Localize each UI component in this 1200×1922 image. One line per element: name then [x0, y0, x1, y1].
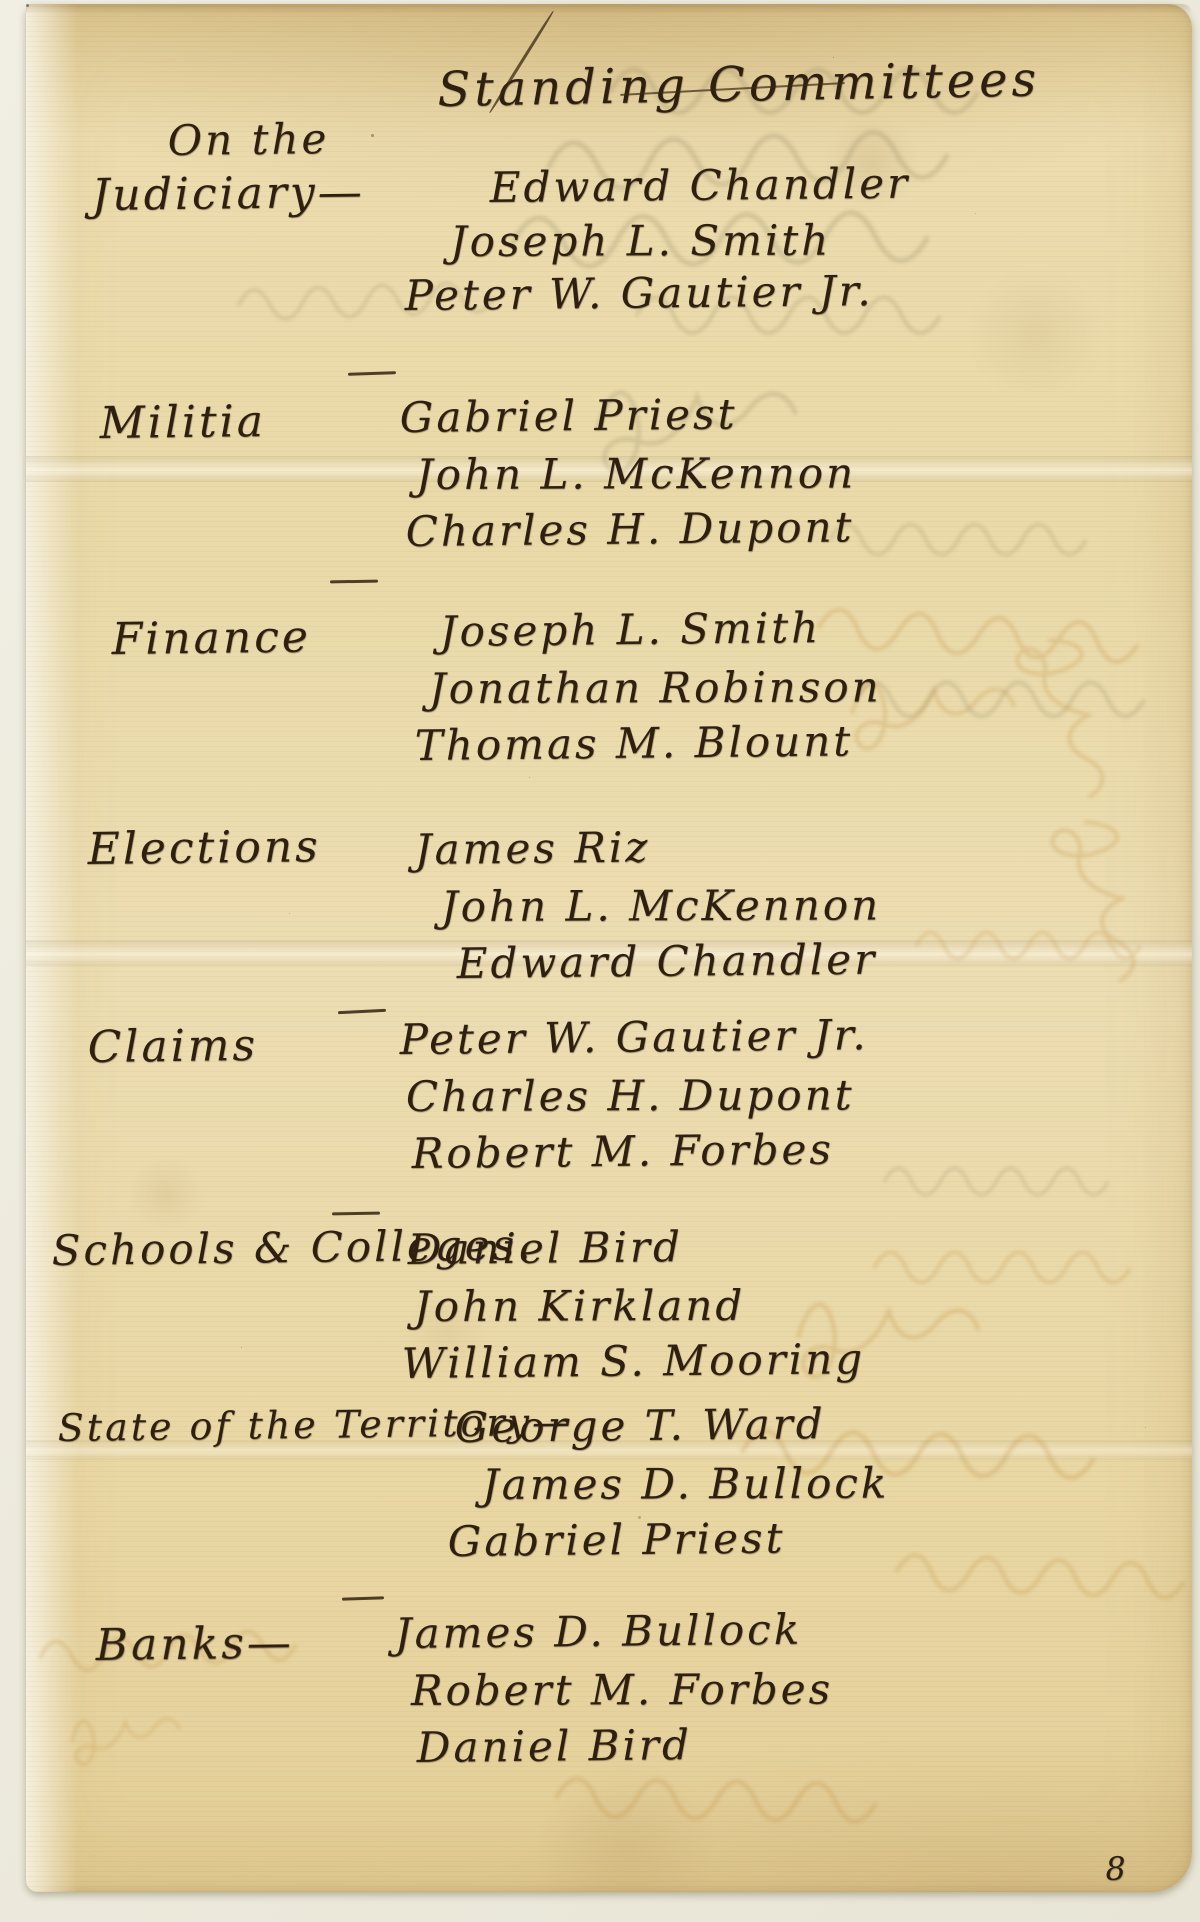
- page-number: 8: [1105, 1849, 1127, 1888]
- member-name: Joseph L. Smith: [440, 605, 882, 654]
- committee-members-judiciary: Edward Chandler Joseph L. Smith Peter W.…: [405, 166, 910, 328]
- member-name: Joseph L. Smith: [450, 218, 911, 264]
- member-name: Robert M. Forbes: [411, 1668, 833, 1713]
- member-name: John L. McKennon: [416, 451, 856, 497]
- committee-members-schools-colleges: Daniel Bird John Kirkland William S. Moo…: [398, 1228, 865, 1399]
- paper-top-edge-shadow: [26, 4, 1192, 14]
- member-name: Thomas M. Blount: [415, 719, 882, 768]
- page-title: Standing Committees: [437, 51, 1041, 118]
- ink-specks: [26, 4, 29, 7]
- committee-members-claims: Peter W. Gautier Jr. Charles H. Dupont R…: [400, 1018, 869, 1189]
- member-name: Gabriel Priest: [448, 1515, 890, 1564]
- member-name: George T. Ward: [455, 1401, 890, 1450]
- member-name: Peter W. Gautier Jr.: [405, 269, 911, 318]
- member-name: William S. Mooring: [402, 1337, 866, 1386]
- committee-members-finance: Joseph L. Smith Jonathan Robinson Thomas…: [415, 610, 882, 781]
- member-name: Peter W. Gautier Jr.: [400, 1013, 869, 1062]
- member-name: Charles H. Dupont: [406, 1073, 869, 1119]
- member-name: Edward Chandler: [457, 938, 882, 986]
- committee-label-banks: Banks—: [95, 1618, 294, 1671]
- scanned-manuscript-page: { "document": { "title": "Standing Commi…: [0, 0, 1200, 1922]
- committee-label-militia: Militia: [99, 396, 266, 449]
- member-name: Gabriel Priest: [400, 391, 857, 440]
- member-name: Daniel Bird: [408, 1223, 866, 1272]
- committee-label-judiciary-line2: Judiciary—: [91, 167, 365, 221]
- committee-members-elections: James Riz John L. McKennon Edward Chandl…: [415, 828, 881, 999]
- member-name: Daniel Bird: [417, 1722, 834, 1770]
- committee-members-state-of-territory: George T. Ward James D. Bullock Gabriel …: [430, 1406, 889, 1577]
- member-name: Robert M. Forbes: [412, 1127, 869, 1176]
- committee-label-claims: Claims: [87, 1020, 258, 1073]
- member-name: Edward Chandler: [490, 162, 911, 210]
- member-name: Jonathan Robinson: [429, 665, 882, 711]
- member-name: James Riz: [415, 823, 882, 872]
- committee-label-finance: Finance: [111, 612, 311, 665]
- member-name: John L. McKennon: [441, 883, 881, 929]
- committee-members-banks: James D. Bullock Robert M. Forbes Daniel…: [395, 1612, 833, 1783]
- member-name: James D. Bullock: [395, 1607, 834, 1656]
- committee-label-elections: Elections: [87, 821, 321, 875]
- paper-left-edge-highlight: [26, 4, 78, 1892]
- member-name: James D. Bullock: [482, 1462, 890, 1507]
- member-name: Charles H. Dupont: [406, 505, 857, 554]
- committee-label-judiciary-line1: On the: [167, 114, 329, 165]
- member-name: John Kirkland: [414, 1283, 866, 1329]
- committee-members-militia: Gabriel Priest John L. McKennon Charles …: [400, 396, 856, 567]
